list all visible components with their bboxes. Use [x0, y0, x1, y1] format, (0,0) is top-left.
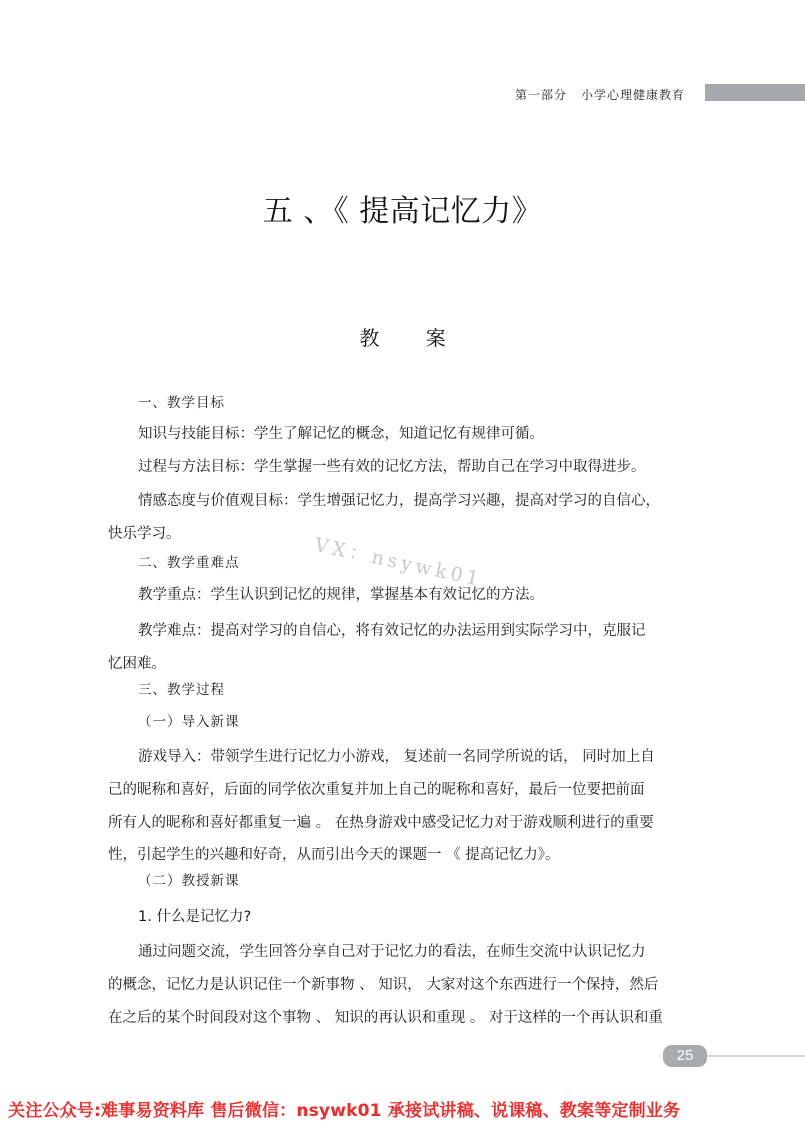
paragraph-line: 通过问题交流，学生回答分享自己对于记忆力的看法，在师生交流中认识记忆力: [138, 940, 646, 961]
paragraph-line: 在之后的某个时间段对这个事物 、 知识的再认识和重现 。 对于这样的一个再认识和…: [108, 1006, 663, 1027]
paragraph-line: 快乐学习。: [108, 522, 181, 543]
heading-objectives: 一、教学目标: [138, 391, 225, 411]
subheading-what-is-memory: 1. 什么是记忆力?: [138, 905, 251, 926]
page-title: 五 、《 提高记忆力》: [0, 186, 805, 230]
header-decor-bar: [705, 84, 805, 101]
paragraph-line: 性，引起学生的兴趣和好奇，从而引出今天的课题一 《 提高记忆力》。: [108, 843, 559, 864]
paragraph-line: 过程与方法目标：学生掌握一些有效的记忆方法，帮助自己在学习中取得进步。: [138, 455, 646, 476]
paragraph-line: 教学难点：提高对学习的自信心，将有效记忆的办法运用到实际学习中，克服记: [138, 619, 646, 640]
promo-footer: 关注公众号:难事易资料库 售后微信：nsywk01 承接试讲稿、说课稿、教案等定…: [8, 1096, 680, 1121]
heading-process: 三、教学过程: [138, 678, 225, 698]
heading-new-lesson: （二）教授新课: [138, 869, 240, 889]
paragraph-line: 己的昵称和喜好，后面的同学依次重复并加上自己的昵称和喜好，最后一位要把前面: [108, 778, 645, 799]
paragraph-line: 知识与技能目标：学生了解记忆的概念，知道记忆有规律可循。: [138, 422, 544, 443]
paragraph-line: 游戏导入：带领学生进行记忆力小游戏， 复述前一名同学所说的话， 同时加上自: [138, 745, 655, 766]
page-subtitle: 教 案: [0, 322, 805, 351]
page-number: 25: [663, 1045, 707, 1067]
footer-rule: [705, 1055, 805, 1057]
paragraph-line: 所有人的昵称和喜好都重复一遍 。 在热身游戏中感受记忆力对于游戏顺利进行的重要: [108, 811, 654, 832]
paragraph-line: 忆困难。: [108, 652, 166, 673]
paragraph-line: 情感态度与价值观目标：学生增强记忆力，提高学习兴趣，提高对学习的自信心，: [138, 489, 660, 510]
heading-key-points: 二、教学重难点: [138, 551, 240, 571]
header-text: 第一部分小学心理健康教育: [515, 86, 685, 103]
paragraph-line: 教学重点：学生认识到记忆的规律，掌握基本有效记忆的方法。: [138, 583, 544, 604]
paragraph-line: 的概念，记忆力是认识记住一个新事物 、 知识， 大家对这个东西进行一个保持，然后: [108, 973, 658, 994]
header-section: 小学心理健康教育: [581, 88, 685, 102]
heading-intro: （一）导入新课: [138, 710, 240, 730]
header-part: 第一部分: [515, 88, 567, 102]
